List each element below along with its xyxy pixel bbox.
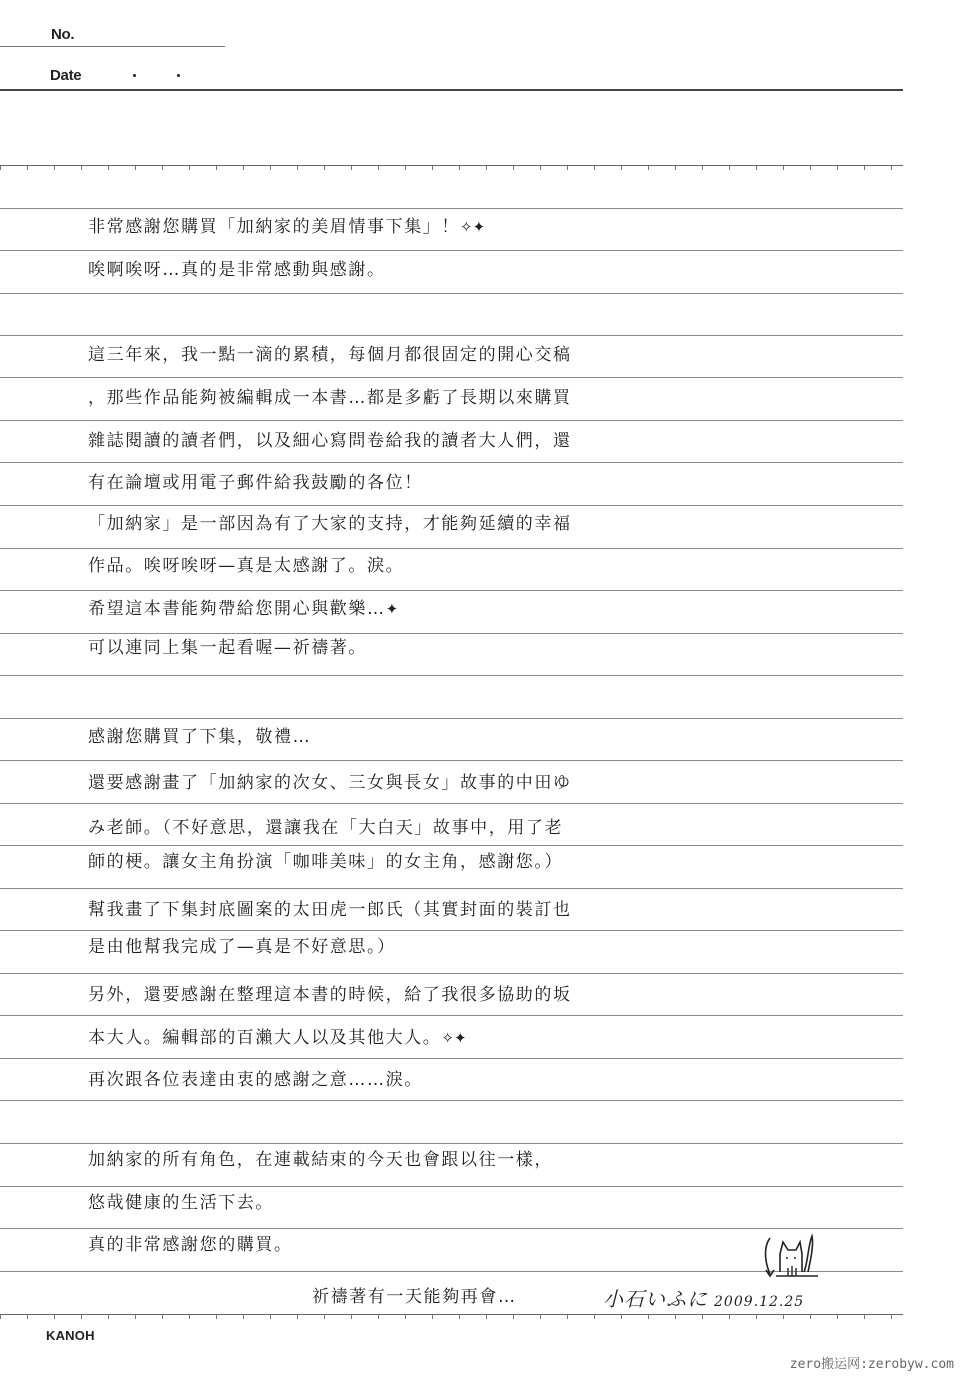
ruled-line bbox=[0, 1186, 903, 1187]
closing-line: 祈禱著有一天能夠再會… bbox=[312, 1282, 517, 1307]
ruled-line bbox=[0, 590, 903, 591]
ruled-line bbox=[0, 462, 903, 463]
ruled-line bbox=[0, 1100, 903, 1101]
ruled-line bbox=[0, 548, 903, 549]
signature-date: 2009.12.25 bbox=[714, 1294, 804, 1310]
brand-label: KANOH bbox=[46, 1328, 95, 1343]
letter-line: 悠哉健康的生活下去。 bbox=[88, 1193, 274, 1213]
letter-line: 真的非常感謝您的購買。 bbox=[88, 1235, 293, 1255]
ruled-line bbox=[0, 1228, 903, 1229]
letter-line: 雜誌閱讀的讀者們，以及細心寫問卷給我的讀者大人們，還 bbox=[88, 431, 572, 451]
letter-line: 本大人。編輯部的百瀨大人以及其他大人。✧✦ bbox=[88, 1028, 467, 1048]
letter-line: 師的梗。讓女主角扮演「咖啡美味」的女主角，感謝您。） bbox=[88, 852, 563, 872]
ruled-line bbox=[0, 633, 903, 634]
ruled-line bbox=[0, 845, 903, 846]
letter-line: 非常感謝您購買「加納家的美眉情事下集」！✧✦ bbox=[88, 217, 485, 237]
ruled-line bbox=[0, 675, 903, 676]
ruled-line bbox=[0, 1314, 903, 1315]
letter-line: 加納家的所有角色，在連載結束的今天也會跟以往一樣， bbox=[88, 1150, 553, 1170]
letter-line: 是由他幫我完成了—真是不好意思。） bbox=[88, 937, 396, 957]
letter-line: 「加納家」是一部因為有了大家的支持，才能夠延續的幸福 bbox=[88, 514, 572, 534]
ruled-line bbox=[0, 973, 903, 974]
letter-line: み老師。（不好意思，還讓我在「大白天」故事中，用了老 bbox=[88, 818, 563, 838]
header-rule bbox=[0, 89, 903, 91]
date-label: Date bbox=[50, 67, 81, 84]
signature-name: 小石いふに bbox=[603, 1287, 708, 1311]
ruled-line bbox=[0, 335, 903, 336]
date-separator-dot bbox=[177, 74, 180, 77]
letter-line: 可以連同上集一起看喔—祈禱著。 bbox=[88, 638, 367, 658]
ruled-line bbox=[0, 208, 903, 209]
sparkle-icon: ✧✦ bbox=[460, 218, 485, 236]
letter-line: 希望這本書能夠帶給您開心與歡樂…✦ bbox=[88, 599, 398, 619]
letter-line: 還要感謝畫了「加納家的次女、三女與長女」故事的中田ゆ bbox=[88, 773, 572, 793]
ruled-line bbox=[0, 1143, 903, 1144]
ruled-line bbox=[0, 930, 903, 931]
number-label: No. bbox=[51, 26, 74, 43]
ruled-line bbox=[0, 505, 903, 506]
ruled-line bbox=[0, 760, 903, 761]
letter-line: 另外，還要感謝在整理這本書的時候，給了我很多協助的坂 bbox=[88, 985, 572, 1005]
ruled-line bbox=[0, 377, 903, 378]
watermark-text: zero搬运网:zerobyw.com bbox=[790, 1353, 954, 1372]
letter-line: 再次跟各位表達由衷的感謝之意……淚。 bbox=[88, 1070, 423, 1090]
ruled-line bbox=[0, 803, 903, 804]
ruled-line bbox=[0, 293, 903, 294]
ruled-line bbox=[0, 250, 903, 251]
signature: 小石いふに2009.12.25 bbox=[603, 1283, 804, 1312]
letter-line: 這三年來，我一點一滴的累積，每個月都很固定的開心交稿 bbox=[88, 345, 572, 365]
letter-line: 有在論壇或用電子郵件給我鼓勵的各位！ bbox=[88, 473, 423, 493]
ruled-line bbox=[0, 888, 903, 889]
ruled-line bbox=[0, 1015, 903, 1016]
letter-line: 唉啊唉呀…真的是非常感動與感謝。 bbox=[88, 260, 386, 280]
date-separator-dot bbox=[133, 74, 136, 77]
letter-line: ，那些作品能夠被編輯成一本書…都是多虧了長期以來購買 bbox=[88, 388, 572, 408]
letter-line: 作品。唉呀唉呀—真是太感謝了。淚。 bbox=[88, 556, 404, 576]
ruled-line bbox=[0, 718, 903, 719]
number-underline bbox=[0, 46, 225, 47]
sparkle-icon: ✦ bbox=[386, 600, 399, 618]
sparkle-icon: ✧✦ bbox=[441, 1029, 466, 1047]
letter-line: 感謝您購買了下集，敬禮… bbox=[88, 727, 311, 747]
cat-doodle-icon bbox=[762, 1232, 822, 1282]
ruled-line bbox=[0, 420, 903, 421]
letter-line: 幫我畫了下集封底圖案的太田虎一郎氏（其實封面的裝訂也 bbox=[88, 900, 572, 920]
ruled-line bbox=[0, 1058, 903, 1059]
ruled-line bbox=[0, 165, 903, 166]
